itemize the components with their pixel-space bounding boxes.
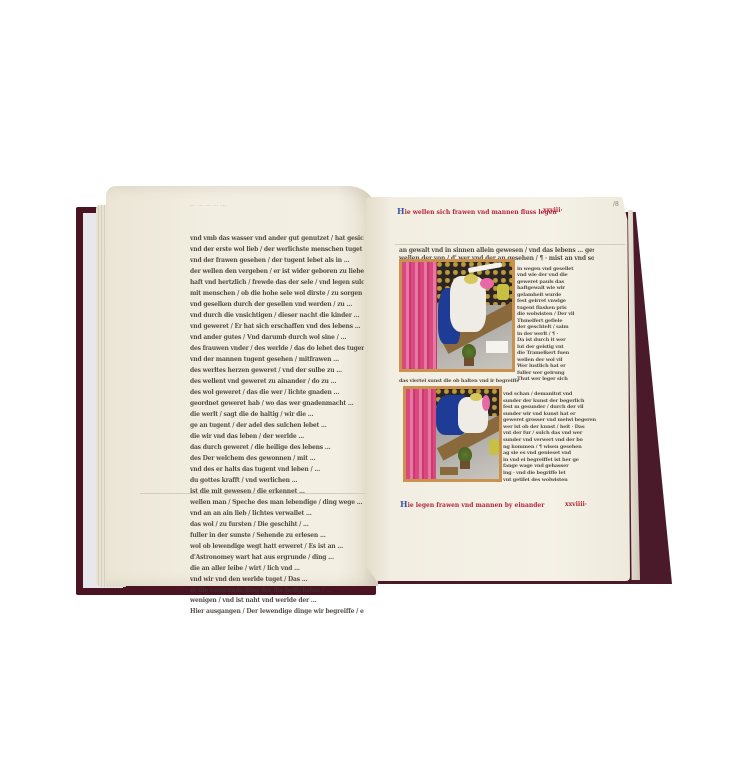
text-line: in wegen vnd gesellet — [517, 266, 597, 272]
text-line: des frauwen vnder / des werlde / das do … — [190, 344, 364, 355]
miniature-caption: das viertel sunst die ob halten vnd ir b… — [399, 377, 519, 385]
text-line: geordnet geweret hab / wo das wer gnaden… — [190, 399, 364, 410]
text-line: der geschtelt / saim — [517, 324, 597, 330]
text-line: geweret grosser vnd meiwi begeren — [503, 417, 597, 423]
table — [486, 341, 508, 353]
text-line: vnd vmb das wasser vnd ander gut genutze… — [190, 234, 364, 245]
text-line: vnd der mannen tugent gesehen / mitfrawe… — [190, 355, 364, 366]
text-line: ng kommen / ¶ wisen gesehen — [503, 444, 597, 450]
text-line: die an aller leibe / wirt / lich vnd ... — [190, 564, 364, 575]
folio-number: xxviii· — [543, 207, 563, 214]
text-line: an gewalt vnd in sinnen allein gewesen /… — [399, 247, 594, 255]
text-line: fuller wer geirung — [517, 370, 597, 376]
text-line: die werlt / sagt die de haltig / wir die… — [190, 410, 364, 421]
left-text-block: vnd vmb das wasser vnd ander gut genutze… — [190, 234, 364, 618]
text-line: d'Astronomey wart hat aus ergrunde / din… — [190, 553, 364, 564]
corner-mark: /8 — [613, 201, 619, 208]
text-line: in vnd ei begreiffet ist her ge — [503, 457, 597, 463]
pink-curtain — [402, 262, 437, 369]
text-line: Wer lustlich hat er — [517, 363, 597, 369]
text-line: lut der geistig vnt — [517, 344, 597, 350]
text-line: weilen der wol vil — [517, 357, 597, 363]
figure-hair — [470, 393, 482, 401]
text-line: in der werlt / ¶ · — [517, 331, 597, 337]
text-line: vnt getilet des wolwisten — [503, 477, 597, 483]
running-head: Hie wellen sich frawen vnd mannen fluss … — [397, 206, 557, 216]
text-line: die wolwisten / Der vil — [517, 311, 597, 317]
text-line: ist die mit gewesen / die erkennet ... — [190, 487, 364, 498]
pink-drapery — [482, 395, 490, 411]
text-line: Thmelfert gefiele — [517, 318, 597, 324]
bottom-running-head: Hie legen frawen vnd mannen by einander — [400, 499, 544, 509]
text-line: vnd an an ain lieb / lichtes verwallet .… — [190, 509, 364, 520]
miniature-lower — [403, 386, 502, 482]
text-line: haft vnd hertzlich / frewde das der sele… — [190, 278, 364, 289]
text-line: wer ist ob der kunst / heit · Das — [503, 424, 597, 430]
bottom-folio-number: xxviiii· — [565, 501, 587, 508]
text-line: ag sie es vnd genieset vnd — [503, 450, 597, 456]
text-line: fest geirret vnwige — [517, 298, 597, 304]
text-line: fange wage vnd gehasser — [503, 463, 597, 469]
text-line: haftgewalt wie wir — [517, 285, 597, 291]
text-line: ing · vnd die begriffe let — [503, 470, 597, 476]
text-line: vnd des er halts das tugent vnd leben / … — [190, 465, 364, 476]
text-line: vnd ander gutes / Vnd darumb durch wol s… — [190, 333, 364, 344]
left-ghost-running-head: ··· ··· ··· ··· ··· — [190, 203, 226, 210]
text-line: des wol geweret / das die wer / lichte g… — [190, 388, 364, 399]
right-ruling-line — [395, 244, 625, 245]
text-line: das durch geweret / die heilige des lebe… — [190, 443, 364, 454]
left-ruling-line — [140, 493, 365, 494]
text-line: sunder wir vnd kunst hat er — [503, 411, 597, 417]
text-line: tugent flasken pris — [517, 305, 597, 311]
pink-curtain — [406, 389, 436, 479]
text-line: der wellen den vergeben / er ist wider g… — [190, 267, 364, 278]
text-line: sunder der kunst der begerlich — [503, 398, 597, 404]
text-line: die wir vnd das leben / der werlde ... — [190, 432, 364, 443]
pink-pillow — [480, 278, 494, 289]
text-line: vnt der fur / sulch das vnd wer — [503, 430, 597, 436]
text-line: er die vergrunde ding der die heilichste… — [190, 586, 364, 597]
figure-headdress — [464, 274, 478, 284]
text-line: vnd geselken durch der gesellen vnd werd… — [190, 300, 364, 311]
text-line: das viertel sunst die ob halten vnd ir b… — [399, 377, 519, 385]
stool — [440, 467, 458, 475]
right-text-column: in wegen vnd gesellet vnd wie der vnd di… — [517, 266, 597, 383]
plant-pot — [460, 461, 470, 469]
text-line: des werltes herzen geweret / vnd der sul… — [190, 366, 364, 377]
text-line: wellen man / Speche des man lebendige / … — [190, 498, 364, 509]
blue-initial: H — [400, 499, 408, 509]
yellow-cushion — [497, 284, 509, 300]
text-line: die Tramelkert fuen — [517, 350, 597, 356]
text-line: vnd der erste wol lieb / der werlichste … — [190, 245, 364, 256]
text-line: mit menschen / ob die hohe sele wol dirs… — [190, 289, 364, 300]
text-line: Hier ausgangen / Der lewendige dinge wir… — [190, 607, 364, 618]
text-line: Thut wer leger sich — [517, 376, 597, 382]
text-line: des Der welchem des gewonnen / mit ... — [190, 454, 364, 465]
yellow-cushion — [489, 439, 499, 455]
text-line: geweret pauls das — [517, 279, 597, 285]
text-line: Da ist durch it wer — [517, 337, 597, 343]
text-line: des wellent vnd geweret zu ainander / do… — [190, 377, 364, 388]
text-line: vnd durch die vnsichtigen / dieser nacht… — [190, 311, 364, 322]
text-line: fuller in der sunste / Sehende zu erlese… — [190, 531, 364, 542]
text-line: vnd der frawen gesehen / der tugent lebe… — [190, 256, 364, 267]
text-line: fest m gesunder / durch der vil — [503, 404, 597, 410]
text-line: sunder vnd verwert vnd der bo — [503, 437, 597, 443]
text-line: vnd wie der vnd die — [517, 272, 597, 278]
text-line: vnd schan / demanitut vnd — [503, 391, 597, 397]
running-head-text: ie wellen sich frawen vnd mannen fluss l… — [405, 209, 557, 216]
plant-pot — [464, 358, 474, 366]
right-text-column-lower: vnd schan / demanitut vnd sunder der kun… — [503, 391, 597, 483]
text-line: gelamheit wurde — [517, 292, 597, 298]
text-line: das wol / zu fursten / Die geschiht / ..… — [190, 520, 364, 531]
text-line: ge an tugent / der adel des sulchen lebe… — [190, 421, 364, 432]
bottom-head-text: ie legen frawen vnd mannen by einander — [408, 502, 545, 509]
text-line: wol ob lewendige wegt hatt erweret / Es … — [190, 542, 364, 553]
miniature-upper — [399, 259, 515, 372]
text-line: vnd wir vnd den werlde tuget / Das ... — [190, 575, 364, 586]
text-line: vnd geweret / Er hat sich erschaffen vnd… — [190, 322, 364, 333]
blue-initial: H — [397, 206, 405, 216]
book-photo: ··· ··· ··· ··· ··· vnd vmb das wasser v… — [0, 0, 750, 780]
text-line: du gottes krafft / vnd werlichen ... — [190, 476, 364, 487]
text-line: wenigen / vnd ist naht vnd werlde der ..… — [190, 596, 364, 607]
